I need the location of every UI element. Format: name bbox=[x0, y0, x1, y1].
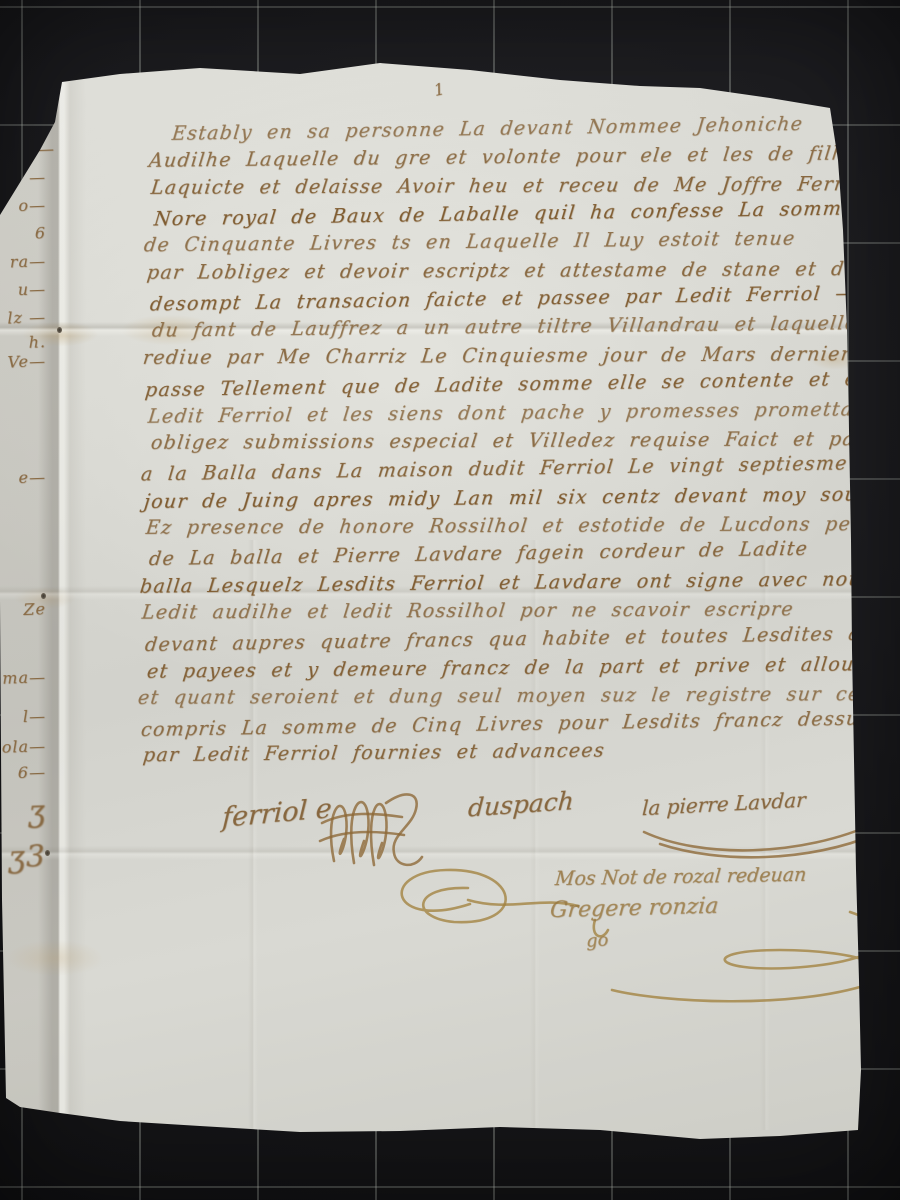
pinhole bbox=[57, 327, 62, 333]
manuscript-line: Estably en sa personne La devant Nommee … bbox=[171, 113, 805, 145]
left-leaf-fragment: 6— bbox=[0, 762, 46, 783]
signature-duspach: duspach bbox=[467, 786, 575, 823]
left-leaf-fragment: ma— bbox=[0, 667, 46, 688]
photo-scene: 1 fo—rroc——o—6ra—u—lz —h.Ve—e—Zema—l—ola… bbox=[0, 0, 900, 1200]
manuscript-line: desompt La transacion faicte et passee p… bbox=[148, 283, 856, 316]
notary-signature-line2: Gregere ronzia bbox=[549, 894, 719, 923]
left-leaf-fragment: l— bbox=[0, 706, 46, 727]
left-leaf-fragment: ola— bbox=[0, 736, 46, 757]
left-leaf-fragment: u— bbox=[0, 279, 46, 300]
left-leaf-fragment: Ze bbox=[0, 599, 46, 620]
left-leaf-fragment: ʒ3 bbox=[0, 839, 47, 876]
manuscript-line: Ledit audilhe et ledit Rossilhol por ne … bbox=[141, 598, 796, 623]
manuscript-line: passe Tellement que de Ladite somme elle… bbox=[144, 367, 900, 402]
left-leaf-fragment: h. bbox=[0, 332, 46, 353]
manuscript-line: rediue par Me Charriz Le Cinquiesme jour… bbox=[142, 343, 900, 369]
manuscript-line: Laquicte et delaisse Avoir heu et receu … bbox=[150, 173, 900, 199]
pinhole bbox=[41, 593, 46, 599]
manuscript-line: Nore royal de Baux de Laballe quil ha co… bbox=[153, 198, 856, 231]
notary-signature-line3: go bbox=[585, 929, 609, 952]
manuscript-line: a la Balla dans La maison dudit Ferriol … bbox=[140, 453, 849, 486]
manuscript-line: jour de Juing apres midy Lan mil six cen… bbox=[143, 482, 900, 512]
manuscript-line: Audilhe Laquelle du gre et volonte pour … bbox=[147, 142, 893, 172]
notary-signature-line1: Mos Not de rozal redeuan bbox=[554, 864, 807, 890]
ferriol-paraph-flourish bbox=[316, 783, 446, 883]
left-leaf-fragment: ra— bbox=[0, 251, 46, 272]
left-leaf-fragment: e— bbox=[0, 467, 46, 488]
manuscript-paper: 1 fo—rroc——o—6ra—u—lz —h.Ve—e—Zema—l—ola… bbox=[0, 0, 900, 1200]
vertical-crease bbox=[248, 540, 258, 1130]
manuscript-line: Ledit Ferriol et les siens dont pache y … bbox=[147, 398, 877, 428]
manuscript-line: et quant seroient et dung seul moyen suz… bbox=[137, 683, 897, 709]
manuscript-line: du fant de Lauffrez a un autre tiltre Vi… bbox=[151, 313, 859, 342]
left-leaf-fragment: 6 bbox=[0, 223, 46, 244]
manuscript-line: obligez submissions especial et Villedez… bbox=[149, 428, 890, 454]
manuscript-line: Ez presence de honore Rossilhol et estot… bbox=[145, 513, 895, 539]
manuscript-line: par Lobligez et devoir escriptz et attes… bbox=[146, 258, 859, 284]
folio-number: 1 bbox=[432, 79, 446, 100]
signature-ferriol: ferriol e bbox=[221, 793, 332, 834]
left-leaf-fragment: ʒ bbox=[0, 794, 47, 831]
signature-lavdar: la pierre Lavdar bbox=[641, 788, 806, 821]
left-leaf-fragment: Ve— bbox=[0, 351, 46, 372]
left-leaf-fragment: lz — bbox=[0, 307, 46, 328]
manuscript-line: de Cinquante Livres ts en Laquelle Il Lu… bbox=[143, 228, 797, 257]
manuscript-line: par Ledit Ferriol fournies et advancees bbox=[142, 739, 606, 766]
